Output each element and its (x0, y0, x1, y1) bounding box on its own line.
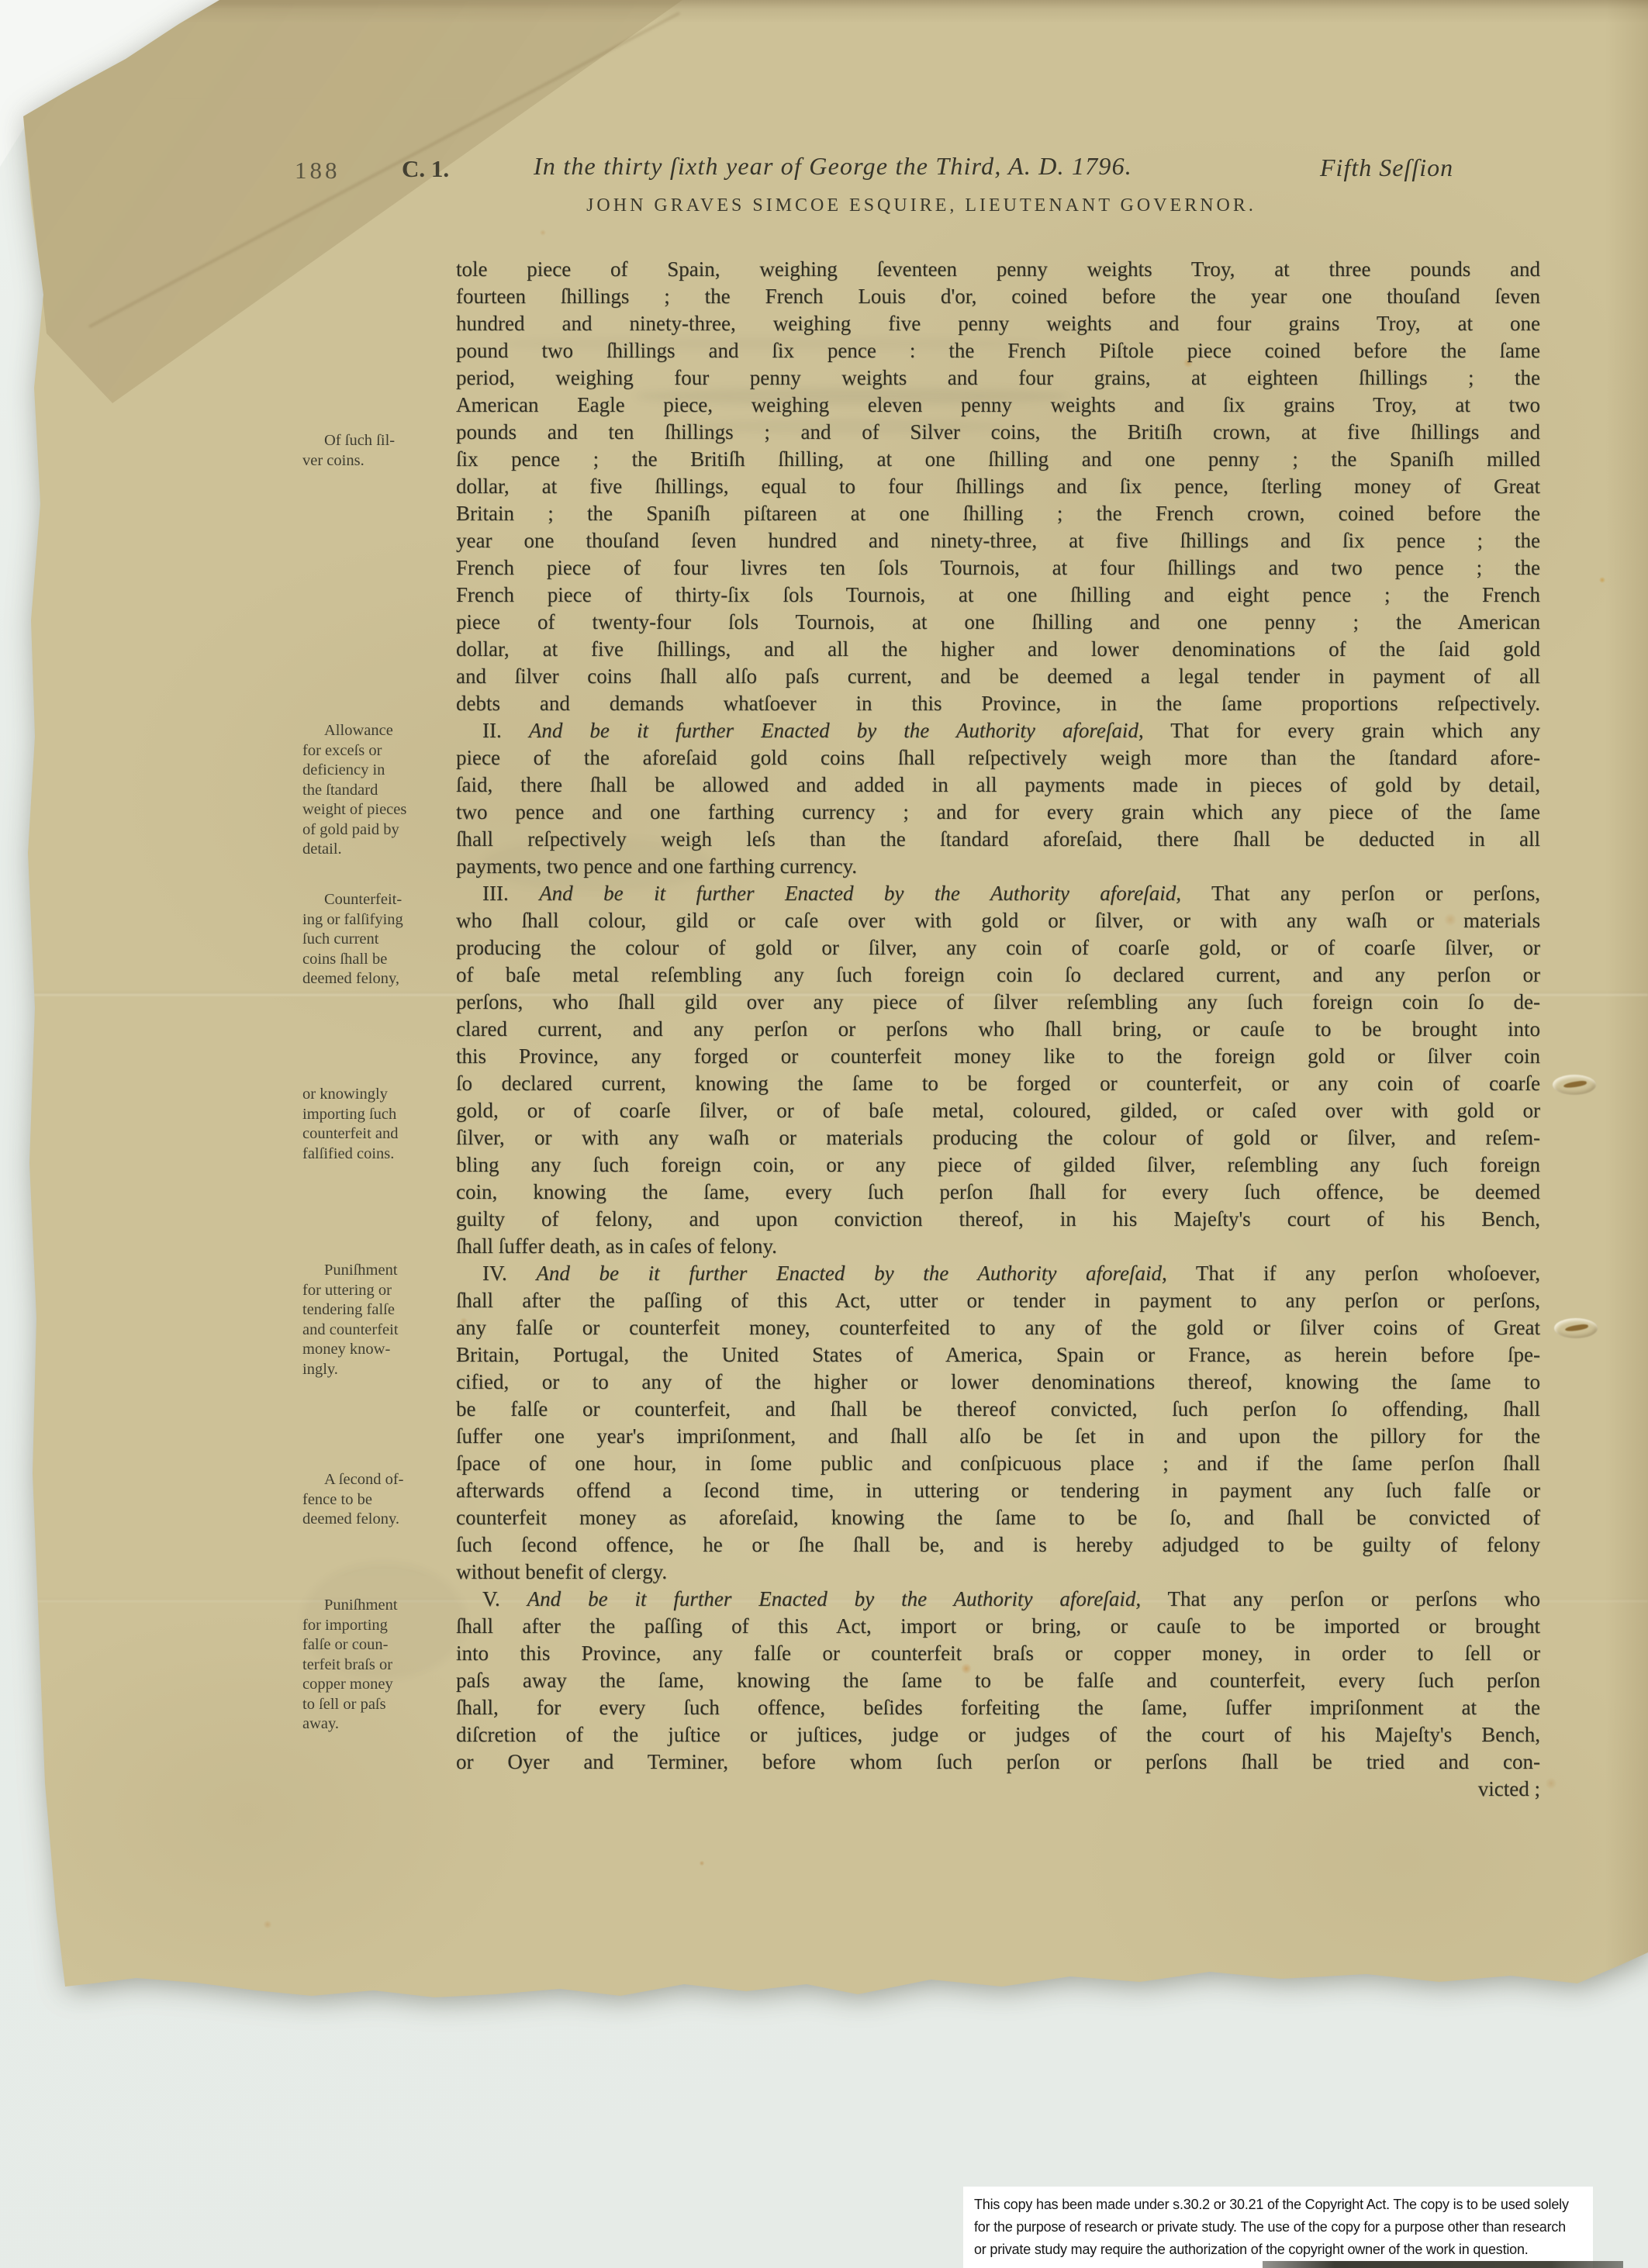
body-line: French piece of four livres ten ſols Tou… (456, 554, 1540, 582)
body-line: ſilver, or with any waſh or materials pr… (456, 1124, 1540, 1151)
body-line: guilty of felony, and upon conviction th… (456, 1206, 1540, 1233)
body-line: be falſe or counterfeit, and ſhall be th… (456, 1396, 1540, 1423)
body-line: of baſe metal reſembling any ſuch foreig… (456, 961, 1540, 989)
body-segment: IV. (482, 1262, 536, 1285)
margin-note-line: terfeit braſs or (302, 1655, 444, 1676)
body-line: II. And be it further Enacted by the Aut… (456, 717, 1540, 744)
body-line: perſons, who ſhall gild over any piece o… (456, 989, 1540, 1016)
body-line: this Province, any forged or counterfeit… (456, 1043, 1540, 1070)
scanner-edge-strip (1263, 2261, 1623, 2268)
body-segment: That for every grain which any (1144, 719, 1540, 742)
enacting-clause-italic: And be it further Enacted by the Authori… (539, 882, 1181, 905)
body-line: afterwards offend a ſecond time, in utte… (456, 1477, 1540, 1504)
paper-shadow-wrapper: 188 C. 1. In the thirty ſixth year of Ge… (0, 0, 1648, 2268)
body-line: bling any ſuch foreign coin, or any piec… (456, 1151, 1540, 1179)
body-line: debts and demands whatſoever in this Pro… (456, 690, 1540, 717)
body-line: hundred and ninety-three, weighing five … (456, 310, 1540, 337)
body-line: payments, two pence and one farthing cur… (456, 853, 1540, 880)
body-line: ſhall, for every ſuch offence, beſides f… (456, 1694, 1540, 1721)
margin-note-line: ingly. (302, 1360, 444, 1380)
body-line: pounds and ten ſhillings ; and of Silver… (456, 419, 1540, 446)
copyright-notice-line: This copy has been made under s.30.2 or … (974, 2194, 1584, 2216)
margin-note: Of ſuch ſil-ver coins. (302, 431, 444, 471)
body-line: V. And be it further Enacted by the Auth… (456, 1586, 1540, 1613)
margin-note-line: for exceſs or (302, 741, 444, 761)
body-segment: That any perſon or perſons who (1141, 1587, 1540, 1610)
governor-subheader: JOHN GRAVES SIMCOE ESQUIRE, LIEUTENANT G… (456, 195, 1387, 216)
margin-note-line: deemed felony. (302, 1510, 444, 1530)
margin-note-line: importing ſuch (302, 1105, 444, 1125)
margin-note-line: coins ſhall be (302, 950, 444, 970)
body-line: tole piece of Spain, weighing ſeventeen … (456, 256, 1540, 283)
body-line: cified, or to any of the higher or lower… (456, 1369, 1540, 1396)
body-segment: That if any perſon whoſoever, (1167, 1262, 1540, 1285)
margin-note-line: falſe or coun- (302, 1635, 444, 1655)
paper-tear (1553, 1075, 1596, 1095)
margin-note-line: counterfeit and (302, 1124, 444, 1144)
copyright-notice-line: for the purpose of research or private s… (974, 2216, 1584, 2239)
body-line: ſuffer one year's impriſonment, and ſhal… (456, 1423, 1540, 1450)
enacting-clause-italic: And be it further Enacted by the Authori… (529, 719, 1144, 742)
body-line: Britain, Portugal, the United States of … (456, 1341, 1540, 1369)
tear-stain (1563, 1080, 1588, 1089)
margin-note-line: Allowance (302, 721, 444, 741)
margin-note-line: the ſtandard (302, 781, 444, 801)
body-line: paſs away the ſame, knowing the ſame to … (456, 1667, 1540, 1694)
body-segment: That any perſon or perſons, (1181, 882, 1540, 905)
margin-note-line: tendering falſe (302, 1300, 444, 1320)
margin-note-line: falſified coins. (302, 1144, 444, 1165)
body-line: diſcretion of the juſtice or juſtices, j… (456, 1721, 1540, 1748)
running-title: In the thirty ſixth year of George the T… (534, 152, 1132, 181)
body-line: IV. And be it further Enacted by the Aut… (456, 1260, 1540, 1287)
body-line: any falſe or counterfeit money, counterf… (456, 1314, 1540, 1341)
margin-note-line: Puniſhment (302, 1596, 444, 1616)
margin-note-line: or knowingly (302, 1085, 444, 1105)
body-line: who ſhall colour, gild or caſe over with… (456, 907, 1540, 934)
body-line: producing the colour of gold or ſilver, … (456, 934, 1540, 961)
body-line: dollar, at five ſhillings, and all the h… (456, 636, 1540, 663)
body-line: pound two ſhillings and ſix pence : the … (456, 337, 1540, 364)
body-line: and ſilver coins ſhall alſo paſs current… (456, 663, 1540, 690)
margin-note: Counterfeit-ing or falſifyingſuch curren… (302, 890, 444, 989)
margin-note-line: ver coins. (302, 451, 444, 471)
body-line: year one thouſand ſeven hundred and nine… (456, 527, 1540, 554)
margin-note: Puniſhmentfor importingfalſe or coun-ter… (302, 1596, 444, 1735)
margin-note-line: Counterfeit- (302, 890, 444, 910)
body-line: counterfeit money as aforeſaid, knowing … (456, 1504, 1540, 1531)
margin-note: or knowinglyimporting ſuchcounterfeit an… (302, 1085, 444, 1164)
margin-note-line: copper money (302, 1675, 444, 1695)
margin-note: Allowancefor exceſs ordeficiency inthe ſ… (302, 721, 444, 860)
body-line: American Eagle piece, weighing eleven pe… (456, 392, 1540, 419)
body-line: ſhall reſpectively weigh leſs than the ſ… (456, 826, 1540, 853)
margin-note-line: Puniſhment (302, 1261, 444, 1281)
tear-stain (1565, 1324, 1589, 1332)
body-line: dollar, at five ſhillings, equal to four… (456, 473, 1540, 500)
body-line: ſhall ſuffer death, as in caſes of felon… (456, 1233, 1540, 1260)
body-line: without benefit of clergy. (456, 1559, 1540, 1586)
margin-note: Puniſhmentfor uttering ortendering falſe… (302, 1261, 444, 1379)
margin-note-line: ſuch current (302, 930, 444, 950)
scanned-document: 188 C. 1. In the thirty ſixth year of Ge… (0, 0, 1648, 2268)
body-line: period, weighing four penny weights and … (456, 364, 1540, 392)
margin-note: A ſecond of-fence to bedeemed felony. (302, 1470, 444, 1530)
chapter-number: C. 1. (402, 155, 449, 183)
body-line: III. And be it further Enacted by the Au… (456, 880, 1540, 907)
body-line: piece of the aforeſaid gold coins ſhall … (456, 744, 1540, 772)
margin-note-line: of gold paid by (302, 820, 444, 841)
body-line: ſhall after the paſſing of this Act, utt… (456, 1287, 1540, 1314)
body-line: two pence and one farthing currency ; an… (456, 799, 1540, 826)
body-line: French piece of thirty-ſix ſols Tournois… (456, 582, 1540, 609)
body-line: ſaid, there ſhall be allowed and added i… (456, 772, 1540, 799)
body-line: fourteen ſhillings ; the French Louis d'… (456, 283, 1540, 310)
body-segment: V. (482, 1587, 527, 1610)
body-line: Britain ; the Spaniſh piſtareen at one ſ… (456, 500, 1540, 527)
margin-note-line: for importing (302, 1616, 444, 1636)
body-segment: III. (482, 882, 539, 905)
margin-note-line: for uttering or (302, 1281, 444, 1301)
margin-note-line: to ſell or paſs (302, 1695, 444, 1715)
body-line: ſuch ſecond offence, he or ſhe ſhall be,… (456, 1531, 1540, 1559)
copyright-notice-line: or private study may require the authori… (974, 2239, 1584, 2261)
body-line: ſhall after the paſſing of this Act, imp… (456, 1613, 1540, 1640)
body-line: or Oyer and Terminer, before whom ſuch p… (456, 1748, 1540, 1776)
body-line: ſo declared current, knowing the ſame to… (456, 1070, 1540, 1097)
margin-note-line: deemed felony, (302, 969, 444, 989)
body-segment: II. (482, 719, 529, 742)
margin-note-line: ing or falſifying (302, 910, 444, 930)
body-line: coin, knowing the ſame, every ſuch perſo… (456, 1179, 1540, 1206)
margin-note-line: money know- (302, 1340, 444, 1360)
paper-tear (1554, 1318, 1598, 1338)
margin-note-line: Of ſuch ſil- (302, 431, 444, 451)
session-label: Fifth Seſſion (1320, 154, 1453, 182)
body-line: clared current, and any perſon or perſon… (456, 1016, 1540, 1043)
body-line: gold, or of coarſe ſilver, or of baſe me… (456, 1097, 1540, 1124)
body-line: piece of twenty-four ſols Tournois, at o… (456, 609, 1540, 636)
body-line: victed ; (456, 1776, 1540, 1803)
margin-note-line: and counterfeit (302, 1320, 444, 1341)
page-number: 188 (295, 157, 340, 185)
body-line: ſix pence ; the Britiſh ſhilling, at one… (456, 446, 1540, 473)
copyright-notice: This copy has been made under s.30.2 or … (963, 2187, 1593, 2268)
margin-note-line: detail. (302, 840, 444, 860)
body-text: tole piece of Spain, weighing ſeventeen … (456, 256, 1540, 1803)
paper-sheet: 188 C. 1. In the thirty ſixth year of Ge… (0, 0, 1648, 2268)
enacting-clause-italic: And be it further Enacted by the Authori… (527, 1587, 1141, 1610)
margin-note-line: weight of pieces (302, 800, 444, 820)
body-line: into this Province, any falſe or counter… (456, 1640, 1540, 1667)
margin-note-line: A ſecond of- (302, 1470, 444, 1490)
body-line: ſpace of one hour, in ſome public and co… (456, 1450, 1540, 1477)
margin-note-line: away. (302, 1714, 444, 1735)
margin-note-line: deficiency in (302, 761, 444, 781)
margin-note-line: fence to be (302, 1490, 444, 1510)
enacting-clause-italic: And be it further Enacted by the Authori… (536, 1262, 1166, 1285)
